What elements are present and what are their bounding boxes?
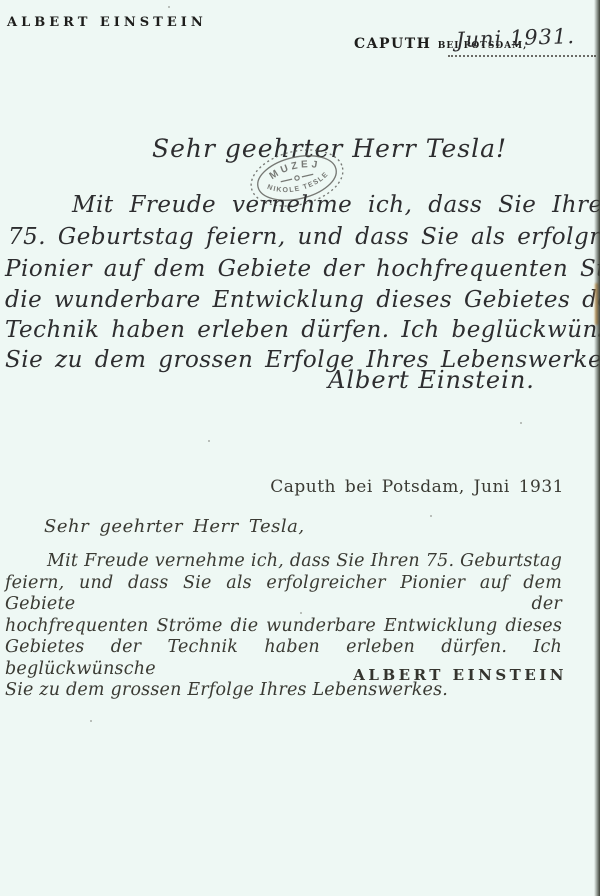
scanned-letter-page: ALBERT EINSTEIN CAPUTH BEI POTSDAM, Juni… <box>0 0 600 896</box>
handwritten-line: die wunderbare Entwicklung dieses Gebiet… <box>5 287 600 313</box>
scan-speck <box>520 422 522 424</box>
handwritten-signature: Albert Einstein. <box>328 366 535 394</box>
scan-speck <box>430 515 432 517</box>
handwritten-line: 75. Geburtstag feiern, und dass Sie als … <box>8 224 600 250</box>
typed-salutation: Sehr geehrter Herr Tesla, <box>44 516 305 537</box>
typed-dateline: Caputh bei Potsdam, Juni 1931 <box>270 477 564 497</box>
typed-line: feiern, und dass Sie als erfolgreicher P… <box>5 573 562 616</box>
letterhead-place-main: CAPUTH <box>354 36 431 52</box>
scan-speck <box>300 612 302 614</box>
handwritten-line: Mit Freude vernehme ich, dass Sie Ihren <box>72 192 600 218</box>
typed-signature: ALBERT EINSTEIN <box>353 666 567 684</box>
letterhead-sender-name: ALBERT EINSTEIN <box>7 15 207 30</box>
scan-speck <box>90 720 92 722</box>
handwritten-line: Pionier auf dem Gebiete der hochfrequent… <box>5 256 600 282</box>
scan-speck <box>168 6 170 8</box>
scan-right-edge <box>594 0 600 896</box>
scan-speck <box>208 440 210 442</box>
typed-line: Mit Freude vernehme ich, dass Sie Ihren … <box>5 551 562 573</box>
handwritten-line: Technik haben erleben dürfen. Ich beglüc… <box>5 317 600 343</box>
typed-line: hochfrequenten Ströme die wunderbare Ent… <box>5 616 562 638</box>
handwritten-date: Juni 1931. <box>456 24 576 52</box>
